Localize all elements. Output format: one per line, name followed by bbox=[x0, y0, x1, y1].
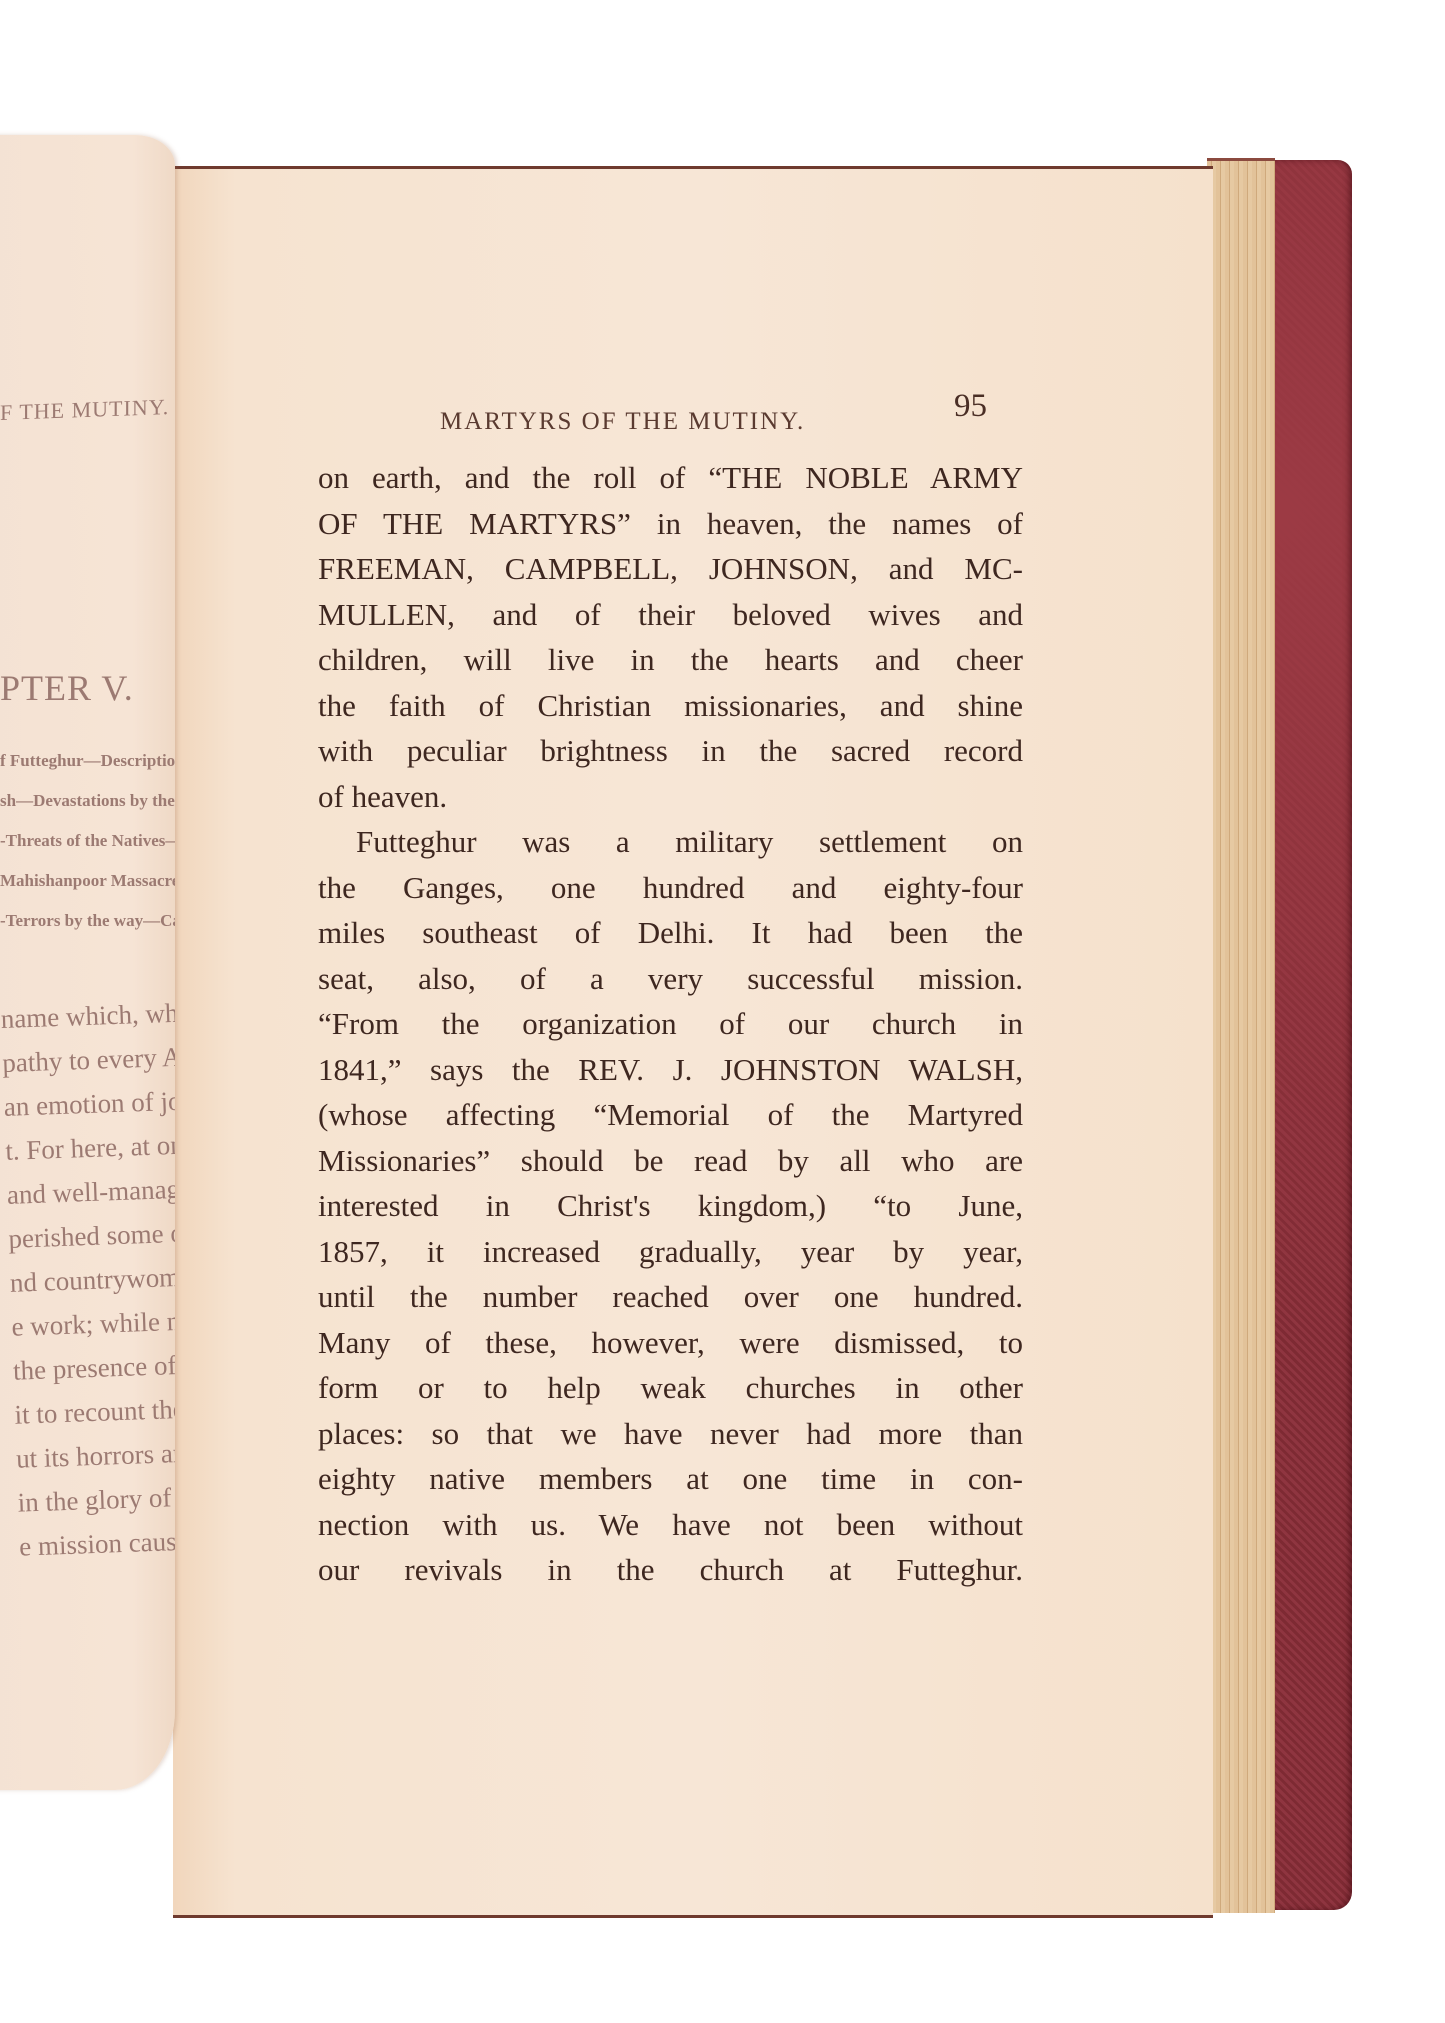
text-line: our revivals in the church at Futteghur. bbox=[318, 1547, 1023, 1593]
text-line: until the number reached over one hundre… bbox=[318, 1274, 1023, 1320]
text-line: OF THE MARTYRS” in heaven, the names of bbox=[318, 501, 1023, 547]
text-line: children, will live in the hearts and ch… bbox=[318, 637, 1023, 683]
text-line: an emotion of joy i bbox=[3, 1076, 175, 1129]
text-line: (whose affecting “Memorial of the Martyr… bbox=[318, 1092, 1023, 1138]
text-line: ut its horrors are for- bbox=[15, 1428, 175, 1481]
synopsis-line: -Terrors by the way—Captu bbox=[0, 901, 175, 941]
synopsis-line: f Futteghur—Description bbox=[0, 741, 175, 781]
text-line: FREEMAN, CAMPBELL, JOHNSON, and MC- bbox=[318, 546, 1023, 592]
text-line: the Ganges, one hundred and eighty-four bbox=[318, 865, 1023, 911]
text-line: interested in Christ's kingdom,) “to Jun… bbox=[318, 1183, 1023, 1229]
page-edges-stack bbox=[1207, 158, 1275, 1913]
text-line: it to recount the tale bbox=[14, 1384, 175, 1437]
chapter-synopsis: f Futteghur—Description sh—Devastations … bbox=[0, 741, 175, 941]
text-line: Many of these, however, were dismissed, … bbox=[318, 1320, 1023, 1366]
text-line: 1841,” says the REV. J. JOHNSTON WALSH, bbox=[318, 1047, 1023, 1093]
text-line: in the glory of their bbox=[17, 1472, 175, 1525]
text-line: with peculiar brightness in the sacred r… bbox=[318, 728, 1023, 774]
text-line: Missionaries” should be read by all who … bbox=[318, 1138, 1023, 1184]
text-line: eighty native members at one time in con… bbox=[318, 1456, 1023, 1502]
page-number: 95 bbox=[954, 388, 987, 425]
text-line: MULLEN, and of their beloved wives and bbox=[318, 592, 1023, 638]
text-line: places: so that we have never had more t… bbox=[318, 1411, 1023, 1457]
text-line: 1857, it increased gradually, year by ye… bbox=[318, 1229, 1023, 1275]
paragraph-start-line: Futteghur was a military settlement on bbox=[318, 819, 1023, 865]
synopsis-line: Mahishanpoor Massacre— bbox=[0, 861, 175, 901]
text-line: seat, also, of a very successful mission… bbox=[318, 956, 1023, 1002]
left-page-body: name which, while i pathy to every Ameri… bbox=[0, 988, 175, 1568]
running-head: MARTYRS OF THE MUTINY. bbox=[440, 408, 805, 436]
left-running-head: F THE MUTINY. bbox=[0, 394, 169, 426]
text-line: form or to help weak churches in other bbox=[318, 1365, 1023, 1411]
text-line: e mission cause exists bbox=[18, 1516, 175, 1569]
text-line: nd countrywomen, i bbox=[9, 1252, 175, 1305]
text-line: the faith of Christian missionaries, and… bbox=[318, 683, 1023, 729]
text-line: “From the organization of our church in bbox=[318, 1001, 1023, 1047]
left-book-page: F THE MUTINY. PTER V. f Futteghur—Descri… bbox=[0, 135, 175, 1790]
text-line: perished some of our bbox=[8, 1208, 175, 1261]
right-page-body: on earth, and the roll of “THE NOBLE ARM… bbox=[318, 455, 1023, 1593]
text-line: nection with us. We have not been withou… bbox=[318, 1502, 1023, 1548]
text-line: pathy to every Ameri bbox=[2, 1032, 175, 1085]
text-line: t. For here, at one of bbox=[5, 1120, 175, 1173]
synopsis-line: -Threats of the Natives— bbox=[0, 821, 175, 861]
text-line: miles southeast of Delhi. It had been th… bbox=[318, 910, 1023, 956]
text-line: name which, while i bbox=[0, 988, 175, 1041]
chapter-heading: PTER V. bbox=[0, 667, 134, 709]
text-line: on earth, and the roll of “THE NOBLE ARM… bbox=[318, 455, 1023, 501]
text-line: e work; while not one bbox=[11, 1296, 175, 1349]
text-line: and well-managed mis bbox=[6, 1164, 175, 1217]
text-line: the presence of their bbox=[12, 1340, 175, 1393]
synopsis-line: sh—Devastations by the bbox=[0, 781, 175, 821]
text-line: of heaven. bbox=[318, 774, 1023, 820]
